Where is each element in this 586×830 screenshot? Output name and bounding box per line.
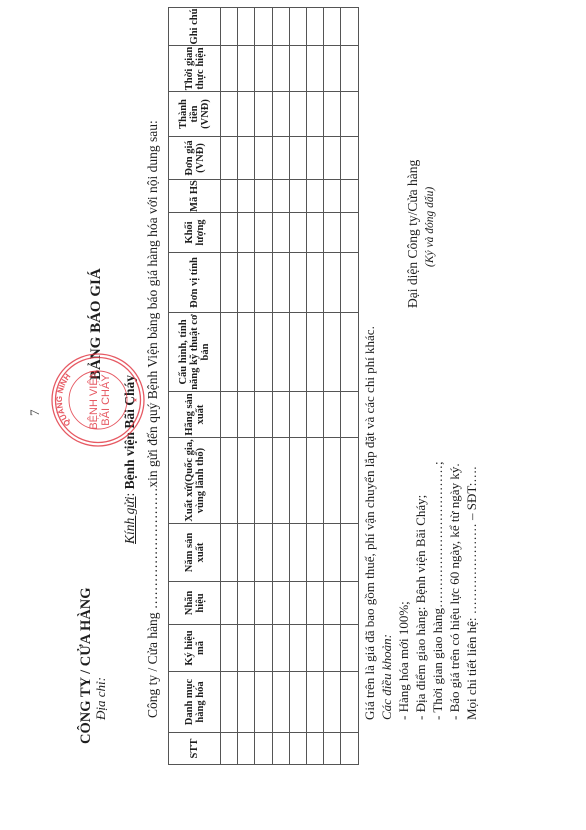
table-cell <box>289 253 306 313</box>
table-cell <box>289 392 306 438</box>
table-cell <box>221 180 238 213</box>
table-cell <box>341 524 358 582</box>
table-cell <box>289 213 306 253</box>
page-number: 7 <box>27 410 43 417</box>
column-header: Mã HS <box>169 180 221 213</box>
table-cell <box>255 313 272 392</box>
table-cell <box>306 524 323 582</box>
document-title: BẢNG BÁO GIÁ <box>88 268 105 380</box>
table-cell <box>306 733 323 765</box>
table-cell <box>324 733 341 765</box>
table-cell <box>255 253 272 313</box>
table-cell <box>306 180 323 213</box>
table-cell <box>221 625 238 672</box>
terms-heading: Các điều khoản: <box>379 634 395 720</box>
table-cell <box>221 8 238 46</box>
table-cell <box>289 733 306 765</box>
term-item: - Thời gian giao hàng……………………………; <box>430 461 446 720</box>
column-header: Cấu hình, tính năng kỹ thuật cơ bản <box>169 313 221 392</box>
table-header-row: STTDanh mục hàng hóaKý hiệu mãNhãn hiệuN… <box>169 8 221 765</box>
table-cell <box>324 625 341 672</box>
table-cell <box>221 392 238 438</box>
table-cell <box>289 137 306 180</box>
table-cell <box>306 313 323 392</box>
table-cell <box>238 46 255 92</box>
table-cell <box>289 438 306 524</box>
table-cell <box>238 137 255 180</box>
table-cell <box>306 392 323 438</box>
table-cell <box>238 672 255 733</box>
column-header: STT <box>169 733 221 765</box>
table-cell <box>255 392 272 438</box>
table-row <box>255 8 272 765</box>
table-cell <box>306 625 323 672</box>
table-cell <box>272 8 289 46</box>
table-cell <box>341 213 358 253</box>
table-cell <box>255 524 272 582</box>
table-cell <box>324 180 341 213</box>
table-row <box>306 8 323 765</box>
column-header: Hãng sản xuất <box>169 392 221 438</box>
table-cell <box>289 672 306 733</box>
column-header: Xuất xứ(Quốc gia, vùng lãnh thổ) <box>169 438 221 524</box>
table-cell <box>306 672 323 733</box>
column-header: Năm sản xuất <box>169 524 221 582</box>
table-cell <box>324 392 341 438</box>
column-header: Ghi chú <box>169 8 221 46</box>
table-cell <box>306 92 323 137</box>
table-cell <box>306 582 323 625</box>
recipient-label: Kính gửi <box>122 497 137 545</box>
column-header: Nhãn hiệu <box>169 582 221 625</box>
table-cell <box>341 625 358 672</box>
table-cell <box>238 92 255 137</box>
table-cell <box>324 582 341 625</box>
table-cell <box>272 253 289 313</box>
table-cell <box>221 672 238 733</box>
table-cell <box>255 672 272 733</box>
table-cell <box>306 46 323 92</box>
column-header: Danh mục hàng hóa <box>169 672 221 733</box>
term-item: - Địa điểm giao hàng: Bệnh viện Bãi Cháy… <box>413 495 429 720</box>
table-cell <box>306 438 323 524</box>
table-cell <box>289 625 306 672</box>
table-cell <box>341 733 358 765</box>
table-cell <box>289 8 306 46</box>
table-cell <box>221 92 238 137</box>
table-cell <box>341 8 358 46</box>
table-cell <box>306 137 323 180</box>
table-cell <box>238 180 255 213</box>
table-cell <box>221 438 238 524</box>
column-header: Thành tiền (VNĐ) <box>169 92 221 137</box>
table-cell <box>289 180 306 213</box>
table-cell <box>221 582 238 625</box>
table-cell <box>221 213 238 253</box>
table-cell <box>324 672 341 733</box>
column-header: Thời gian thực hiện <box>169 46 221 92</box>
table-cell <box>272 582 289 625</box>
table-cell <box>221 524 238 582</box>
table-cell <box>324 46 341 92</box>
table-cell <box>238 253 255 313</box>
table-cell <box>289 524 306 582</box>
table-cell <box>238 582 255 625</box>
quotation-table: STTDanh mục hàng hóaKý hiệu mãNhãn hiệuN… <box>168 7 359 765</box>
table-cell <box>341 92 358 137</box>
table-cell <box>238 733 255 765</box>
table-cell <box>238 392 255 438</box>
table-cell <box>272 180 289 213</box>
table-body <box>221 8 359 765</box>
company-name: CÔNG TY / CỬA HÀNG <box>78 587 95 744</box>
table-cell <box>272 213 289 253</box>
table-cell <box>272 672 289 733</box>
table-cell <box>272 313 289 392</box>
address-label: Địa chỉ: <box>93 677 109 720</box>
table-cell <box>306 8 323 46</box>
table-row <box>272 8 289 765</box>
recipient-value: Bệnh viện Bãi Cháy <box>122 375 137 489</box>
table-cell <box>238 8 255 46</box>
recipient-separator: : <box>122 489 137 496</box>
table-cell <box>306 253 323 313</box>
signature-title: Đại diện Công ty/Cửa hàng <box>405 160 421 308</box>
column-header: Đơn vị tính <box>169 253 221 313</box>
table-cell <box>341 438 358 524</box>
table-cell <box>238 438 255 524</box>
table-cell <box>289 46 306 92</box>
table-cell <box>255 733 272 765</box>
svg-text:BÃI CHÁY: BÃI CHÁY <box>99 374 112 426</box>
table-cell <box>272 137 289 180</box>
table-cell <box>324 524 341 582</box>
signature-subtitle: (Ký và đóng dấu) <box>424 187 436 267</box>
table-cell <box>221 137 238 180</box>
table-cell <box>255 213 272 253</box>
table-cell <box>341 392 358 438</box>
table-cell <box>341 672 358 733</box>
table-cell <box>255 8 272 46</box>
table-cell <box>255 625 272 672</box>
table-cell <box>255 92 272 137</box>
term-item: - Hàng hóa mới 100%; <box>396 601 412 720</box>
table-cell <box>255 46 272 92</box>
table-cell <box>272 733 289 765</box>
table-cell <box>324 8 341 46</box>
table-cell <box>272 392 289 438</box>
table-cell <box>289 582 306 625</box>
svg-text:QUẢNG NINH: QUẢNG NINH <box>55 372 73 428</box>
table-cell <box>341 582 358 625</box>
table-cell <box>272 625 289 672</box>
table-cell <box>341 137 358 180</box>
table-cell <box>272 524 289 582</box>
table-cell <box>324 213 341 253</box>
table-cell <box>324 253 341 313</box>
table-cell <box>272 46 289 92</box>
contact-line: Mọi chi tiết liên hệ: ………………… – SĐT:…. <box>464 466 480 720</box>
table-cell <box>324 92 341 137</box>
table-cell <box>341 180 358 213</box>
table-cell <box>289 313 306 392</box>
table-cell <box>255 438 272 524</box>
column-header: Đơn giá (VNĐ) <box>169 137 221 180</box>
table-cell <box>341 313 358 392</box>
table-cell <box>255 582 272 625</box>
table-row <box>238 8 255 765</box>
table-cell <box>341 46 358 92</box>
table-cell <box>341 253 358 313</box>
table-cell <box>255 137 272 180</box>
table-cell <box>238 313 255 392</box>
column-header: Khối lượng <box>169 213 221 253</box>
table-cell <box>255 180 272 213</box>
table-cell <box>221 46 238 92</box>
table-cell <box>238 524 255 582</box>
quotation-page: 7 CÔNG TY / CỬA HÀNG Địa chỉ: BẢNG BÁO G… <box>0 0 586 830</box>
table-row <box>324 8 341 765</box>
table-cell <box>238 625 255 672</box>
table-cell <box>324 313 341 392</box>
table-cell <box>324 438 341 524</box>
table-row <box>221 8 238 765</box>
term-item: - Báo giá trên có hiệu lực 60 ngày, kể t… <box>447 463 463 720</box>
recipient-line: Kính gửi: Bệnh viện Bãi Cháy <box>122 375 138 544</box>
table-cell <box>272 438 289 524</box>
table-cell <box>221 253 238 313</box>
column-header: Ký hiệu mã <box>169 625 221 672</box>
intro-text: Công ty / Cửa hàng ………………………xin gửi đến … <box>145 120 161 718</box>
table-row <box>289 8 306 765</box>
price-note: Giá trên là giá đã bao gồm thuế, phí vận… <box>362 326 378 720</box>
table-cell <box>272 92 289 137</box>
table-cell <box>238 213 255 253</box>
table-cell <box>221 313 238 392</box>
table-row <box>341 8 358 765</box>
table-cell <box>324 137 341 180</box>
table-cell <box>306 213 323 253</box>
table-cell <box>289 92 306 137</box>
table-cell <box>221 733 238 765</box>
